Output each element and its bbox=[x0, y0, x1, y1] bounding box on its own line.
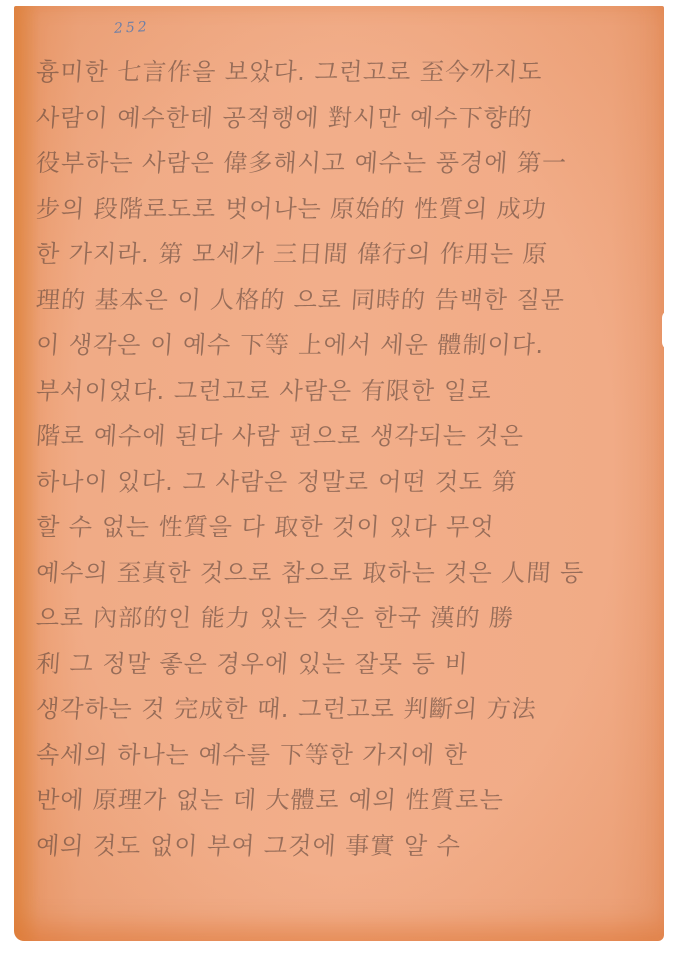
text-line: 예수의 至真한 것으로 참으로 取하는 것은 人間 등 bbox=[34, 551, 647, 597]
text-line: 반에 原理가 없는 데 大體로 예의 性質로는 bbox=[34, 778, 647, 824]
text-line: 할 수 없는 性質을 다 取한 것이 있다 무엇 bbox=[34, 505, 647, 551]
text-line: 흉미한 七言作을 보았다. 그런고로 至今까지도 bbox=[34, 50, 647, 96]
text-line: 階로 예수에 된다 사람 편으로 생각되는 것은 bbox=[34, 414, 647, 460]
text-line: 예의 것도 없이 부여 그것에 事實 알 수 bbox=[34, 824, 647, 870]
text-line: 속세의 하나는 예수를 下等한 가지에 한 bbox=[34, 733, 647, 779]
text-line: 理的 基本은 이 人格的 으로 同時的 告백한 질문 bbox=[34, 278, 647, 324]
text-line: 利 그 정말 좋은 경우에 있는 잘못 등 비 bbox=[34, 642, 647, 688]
text-line: 으로 內部的인 能力 있는 것은 한국 漢的 勝 bbox=[34, 596, 647, 642]
text-line: 役부하는 사람은 偉多해시고 예수는 풍경에 第一 bbox=[34, 141, 647, 187]
text-line: 이 생각은 이 예수 下等 上에서 세운 體制이다. bbox=[34, 323, 647, 369]
paper-tear-notch bbox=[662, 310, 676, 350]
text-line: 부서이었다. 그런고로 사람은 有限한 일로 bbox=[34, 369, 647, 415]
manuscript-page: 252 흉미한 七言作을 보았다. 그런고로 至今까지도 사람이 예수한테 공적… bbox=[14, 6, 664, 941]
text-line: 사람이 예수한테 공적행에 對시만 예수下향的 bbox=[34, 96, 647, 142]
text-line: 하나이 있다. 그 사람은 정말로 어떤 것도 第 bbox=[34, 460, 647, 506]
text-line: 생각하는 것 完成한 때. 그런고로 判斷의 方法 bbox=[34, 687, 647, 733]
text-line: 步의 段階로도로 벗어나는 原始的 性質의 成功 bbox=[34, 187, 647, 233]
text-line: 한 가지라. 第 모세가 三日間 偉行의 作用는 原 bbox=[34, 232, 647, 278]
handwritten-text-body: 흉미한 七言作을 보았다. 그런고로 至今까지도 사람이 예수한테 공적행에 對… bbox=[36, 50, 646, 869]
page-number: 252 bbox=[114, 19, 151, 37]
